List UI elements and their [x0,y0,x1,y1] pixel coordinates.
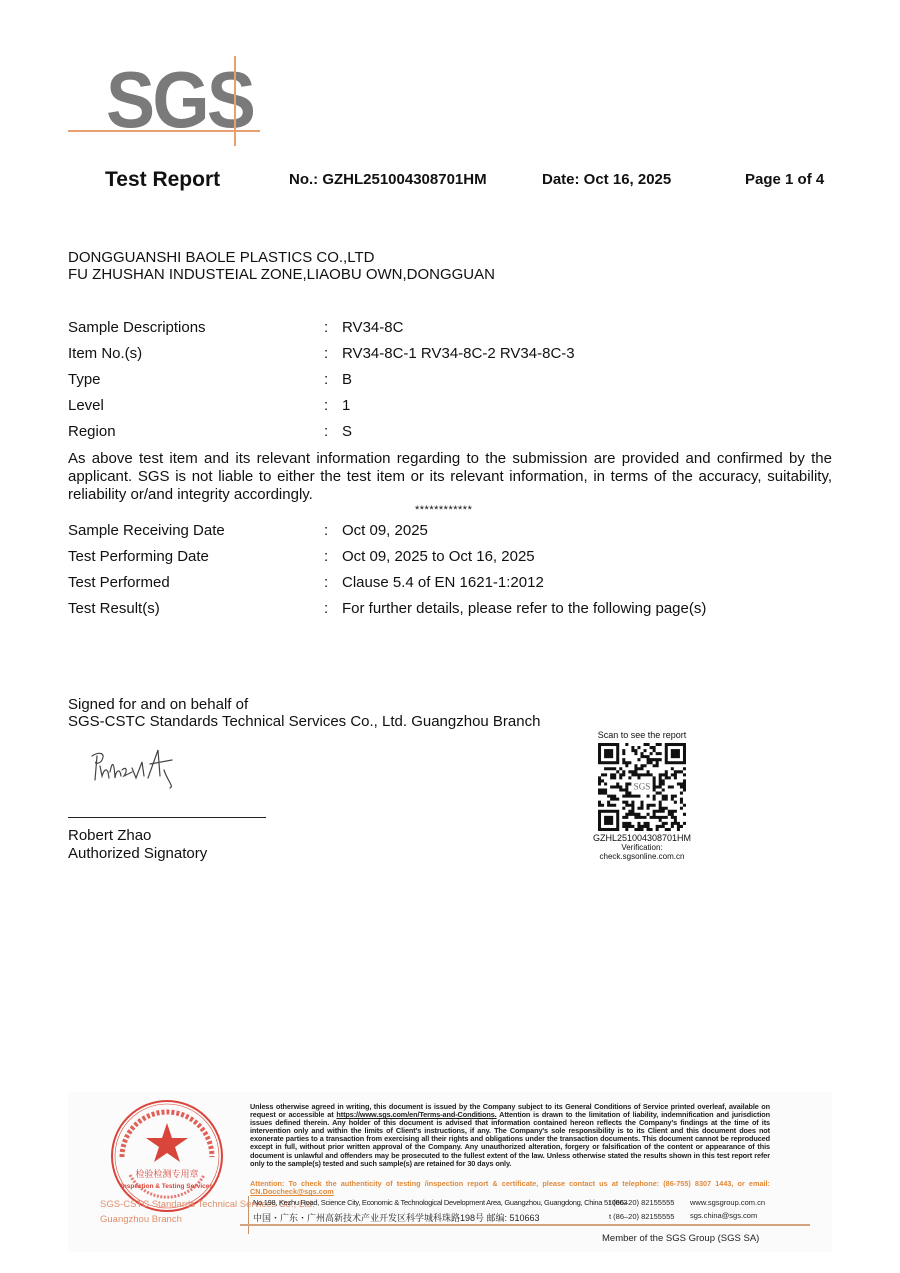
signed-for-text: Signed for and on behalf of [68,696,540,713]
info-colon: : [324,522,328,539]
info-colon: : [324,319,328,336]
signer-name: Robert Zhao [68,827,207,845]
info-label: Region [68,423,116,440]
telephone-2: t (86–20) 82155555 [609,1212,674,1221]
logo-horizontal-line [68,130,260,132]
info-row-test-performed: Test Performed : Clause 5.4 of EN 1621-1… [68,574,848,594]
info-row-item-numbers: Item No.(s) : RV34-8C-1 RV34-8C-2 RV34-8… [68,345,848,365]
qr-verification-url[interactable]: check.sgsonline.com.cn [592,852,692,861]
info-label: Sample Descriptions [68,319,206,336]
logo-vertical-line [234,56,236,146]
info-row-sample-descriptions: Sample Descriptions : RV34-8C [68,319,848,339]
qr-caption: Scan to see the report [592,730,692,741]
info-value: RV34-8C-1 RV34-8C-2 RV34-8C-3 [342,345,575,362]
info-value: For further details, please refer to the… [342,600,706,617]
report-number: No.: GZHL251004308701HM [289,171,487,188]
info-label: Test Performing Date [68,548,209,565]
applicant-disclaimer: As above test item and its relevant info… [68,450,832,504]
legal-terms: Unless otherwise agreed in writing, this… [250,1103,770,1168]
signer-title: Authorized Signatory [68,845,207,863]
info-colon: : [324,423,328,440]
info-value: Clause 5.4 of EN 1621-1:2012 [342,574,544,591]
address-chinese: 中国・广东・广州高新技术产业开发区科学城科珠路198号 邮编: 510663 [253,1211,540,1224]
qr-code[interactable]: SGS [598,743,686,831]
info-label: Item No.(s) [68,345,142,362]
info-colon: : [324,397,328,414]
legal-text-2: Attention is drawn to the limitation of … [250,1110,770,1168]
info-colon: : [324,548,328,565]
info-value: 1 [342,397,350,414]
attention-email-link[interactable]: CN.Doccheck@sgs.com [250,1187,334,1196]
report-date: Date: Oct 16, 2025 [542,171,671,188]
info-value: Oct 09, 2025 [342,522,428,539]
info-value: Oct 09, 2025 to Oct 16, 2025 [342,548,535,565]
info-value: S [342,423,352,440]
qr-code-icon: SGS [598,743,686,831]
svg-text:SGS: SGS [634,781,651,791]
info-colon: : [324,345,328,362]
website-link[interactable]: www.sgsgroup.com.cn [690,1198,765,1207]
info-colon: : [324,371,328,388]
verification-qr-block: Scan to see the report SGS GZHL251004308… [592,730,692,861]
telephone-1: t (86–20) 82155555 [609,1198,674,1207]
applicant-name: DONGGUANSHI BAOLE PLASTICS CO.,LTD [68,249,495,266]
applicant-address: FU ZHUSHAN INDUSTEIAL ZONE,LIAOBU OWN,DO… [68,266,495,283]
info-label: Test Performed [68,574,170,591]
contact-email-link[interactable]: sgs.china@sgs.com [690,1211,757,1220]
info-label: Sample Receiving Date [68,522,225,539]
signer-block: Robert Zhao Authorized Signatory [68,827,207,863]
sgs-logo-text: SGS [106,60,253,140]
handwritten-signature-icon [88,742,198,792]
info-label: Test Result(s) [68,600,160,617]
info-colon: : [324,600,328,617]
signature-line [68,817,266,818]
signing-company: SGS-CSTC Standards Technical Services Co… [68,713,540,730]
sgs-membership: Member of the SGS Group (SGS SA) [602,1233,759,1244]
address-english: No.198, Kezhu Road, Science City, Econom… [253,1198,627,1207]
footer-vertical-rule [248,1196,249,1234]
svg-text:Inspection & Testing Services: Inspection & Testing Services [121,1183,213,1190]
footer-horizontal-rule [240,1224,810,1226]
separator-stars: ************ [415,504,472,516]
info-row-sample-receiving-date: Sample Receiving Date : Oct 09, 2025 [68,522,848,542]
sgs-logo: SGS [68,56,263,148]
page-indicator: Page 1 of 4 [745,171,824,188]
info-row-level: Level : 1 [68,397,848,417]
info-row-test-results: Test Result(s) : For further details, pl… [68,600,848,620]
info-value: RV34-8C [342,319,403,336]
info-row-type: Type : B [68,371,848,391]
qr-report-id: GZHL251004308701HM [592,833,692,843]
info-label: Type [68,371,101,388]
applicant-block: DONGGUANSHI BAOLE PLASTICS CO.,LTD FU ZH… [68,249,495,283]
info-row-test-performing-date: Test Performing Date : Oct 09, 2025 to O… [68,548,848,568]
info-label: Level [68,397,104,414]
qr-verification-label: Verification: [592,843,692,852]
info-row-region: Region : S [68,423,848,443]
svg-text:检验检测专用章: 检验检测专用章 [135,1168,198,1180]
report-title: Test Report [105,168,220,192]
info-value: B [342,371,352,388]
authenticity-attention: Attention: To check the authenticity of … [250,1180,770,1196]
info-colon: : [324,574,328,591]
signed-on-behalf: Signed for and on behalf of SGS-CSTC Sta… [68,696,540,730]
